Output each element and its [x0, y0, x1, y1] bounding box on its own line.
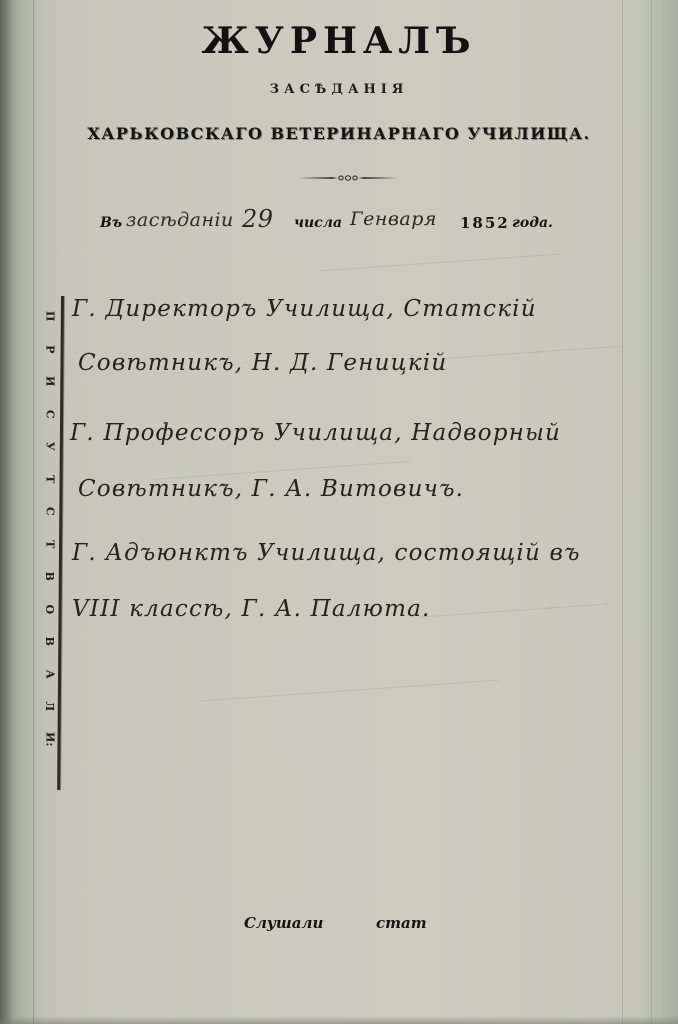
year-suffix: года.	[512, 215, 553, 231]
present-letter: В	[33, 637, 66, 646]
attendee-professor-line2: Совѣтникъ, Г. А. Витовичъ.	[78, 476, 464, 502]
attendee-director-line2: Совѣтникъ, Н. Д. Геницкій	[78, 350, 447, 376]
day-label: числа	[294, 215, 342, 231]
present-letter: А	[33, 669, 66, 678]
heard-label: Слушали	[244, 914, 323, 932]
present-vertical-label: П Р И С У Т С Т В О В А Л И:	[42, 300, 56, 755]
present-letter: С	[33, 507, 66, 516]
date-prefix: Въ	[100, 215, 122, 231]
present-letter: Т	[33, 540, 66, 548]
journal-title: ЖУРНАЛЪ	[0, 20, 678, 62]
present-letter: Т	[33, 475, 66, 483]
ink-bleed-through	[200, 680, 499, 702]
session-word-handwritten: засѣданіи	[126, 209, 234, 231]
attendee-adjunct-line1: Г. Адъюнктъ Училища, состоящій въ	[72, 540, 581, 566]
attendee-director-line1: Г. Директоръ Училища, Статскій	[72, 296, 537, 322]
attendee-adjunct-line2: VIII классѣ, Г. А. Палюта.	[72, 596, 431, 622]
present-letter: Л	[33, 701, 66, 711]
scanned-journal-page: ЖУРНАЛЪ ЗАСѢДАНІЯ ХАРЬКОВСКАГО ВЕТЕРИНАР…	[0, 0, 678, 1024]
ink-bleed-through	[440, 346, 620, 360]
day-handwritten: 29	[242, 205, 274, 233]
attendee-professor-line1: Г. Профессоръ Училища, Надворный	[70, 420, 561, 446]
present-letter: Р	[33, 345, 66, 353]
present-letter: О	[33, 604, 66, 614]
journal-subtitle: ЗАСѢДАНІЯ	[0, 82, 678, 97]
present-letter: У	[33, 442, 66, 451]
present-letter: И	[33, 376, 66, 386]
session-date-line: Въ засѣданіи 29 числа Генваря 1852 года.	[100, 205, 580, 245]
year-number: 1852	[460, 214, 510, 232]
month-handwritten: Генваря	[350, 208, 437, 230]
ink-bleed-through	[420, 603, 610, 617]
ink-bleed-through	[320, 254, 559, 272]
decorative-divider-icon	[298, 174, 398, 182]
institution-name: ХАРЬКОВСКАГО ВЕТЕРИНАРНАГО УЧИЛИЩА.	[0, 124, 678, 143]
margin-rule-far-right	[651, 0, 652, 1024]
present-letter: П	[33, 311, 66, 321]
article-label: стат	[376, 914, 427, 932]
present-letter: В	[33, 572, 66, 581]
margin-rule-right	[622, 0, 623, 1024]
present-letter: С	[33, 409, 66, 418]
binding-shadow	[0, 0, 14, 1024]
page-bottom-edge	[0, 1016, 678, 1024]
present-letter: И:	[33, 732, 66, 746]
